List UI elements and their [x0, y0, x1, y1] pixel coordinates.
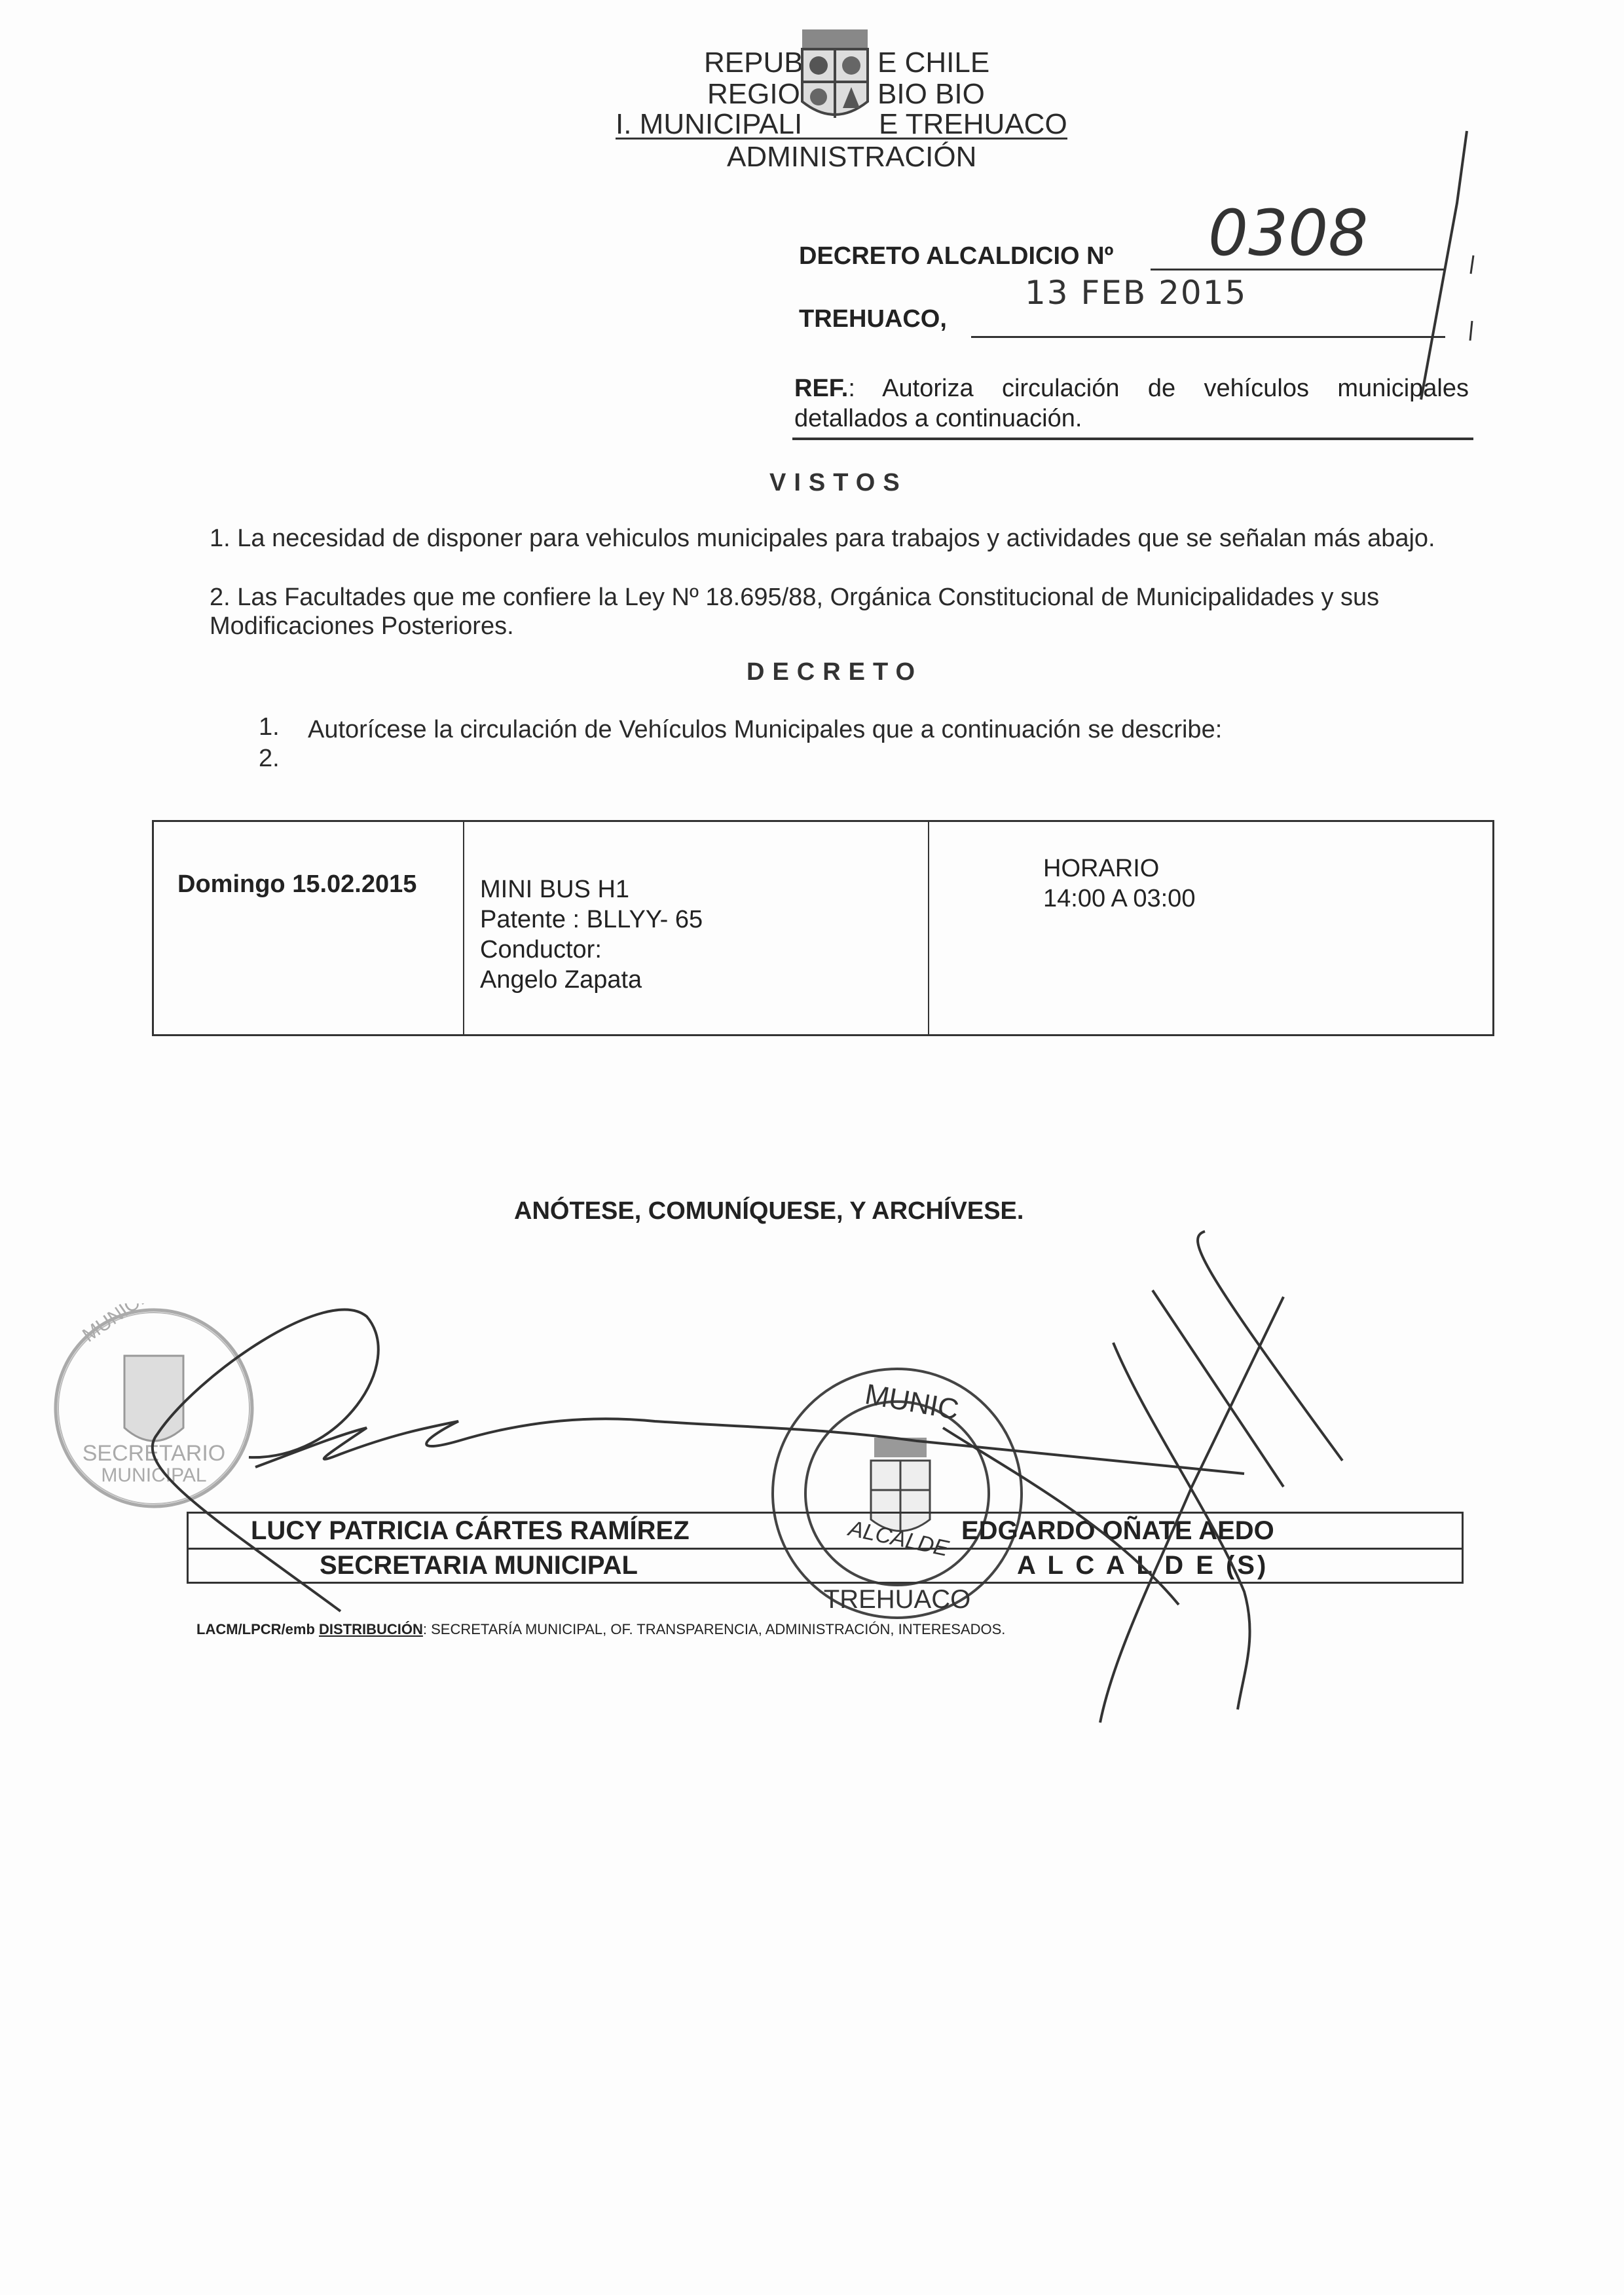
- vehicle-name: MINI BUS H1: [480, 874, 928, 905]
- table-cell-date: Domingo 15.02.2015: [154, 822, 464, 1034]
- coat-of-arms-icon: [796, 29, 874, 128]
- distribution-recipients: : SECRETARÍA MUNICIPAL, OF. TRANSPARENCI…: [423, 1621, 1006, 1637]
- table-cell-vehicle: MINI BUS H1 Patente : BLLYY- 65 Conducto…: [464, 822, 929, 1034]
- distribution-label: DISTRIBUCIÓN: [319, 1621, 423, 1637]
- handwritten-signatures: [0, 1212, 1624, 1736]
- schedule-value: 14:00 A 03:00: [1043, 884, 1492, 914]
- schedule-label: HORARIO: [1043, 853, 1492, 884]
- reference-label: REF.: [794, 375, 848, 402]
- driver-label: Conductor:: [480, 935, 928, 965]
- vehicle-table: Domingo 15.02.2015 MINI BUS H1 Patente :…: [152, 820, 1494, 1036]
- reference-underline: [792, 438, 1473, 440]
- header-line1-right: E CHILE: [877, 47, 989, 79]
- header-line3-left: I. MUNICIPALI: [616, 109, 802, 140]
- driver-name: Angelo Zapata: [480, 965, 928, 995]
- header-underline: [616, 138, 1067, 140]
- reference-text: REF.: Autoriza circulación de vehículos …: [794, 373, 1469, 434]
- header-line4: ADMINISTRACIÓN: [727, 141, 976, 173]
- decreto-item-1-number: 1.: [259, 713, 280, 741]
- decreto-item-2-number: 2.: [259, 744, 280, 773]
- place-label: TREHUACO,: [799, 305, 947, 333]
- vistos-item-2: 2. Las Facultades que me confiere la Ley…: [210, 583, 1473, 641]
- vistos-item-1: 1. La necesidad de disponer para vehicul…: [210, 524, 1473, 553]
- distribution-line: LACM/LPCR/emb DISTRIBUCIÓN: SECRETARÍA M…: [196, 1621, 1005, 1638]
- decreto-item-1-text: Autorícese la circulación de Vehículos M…: [308, 715, 1222, 744]
- reference-body: : Autoriza circulación de vehículos muni…: [794, 375, 1469, 432]
- decree-number-label: DECRETO ALCALDICIO Nº: [799, 242, 1113, 271]
- vistos-title: VISTOS: [769, 469, 908, 497]
- date-stamp: 13 FEB 2015: [1025, 274, 1247, 312]
- vehicle-plate: Patente : BLLYY- 65: [480, 905, 928, 935]
- header-line3-right: E TREHUACO: [879, 109, 1067, 140]
- distribution-initials: LACM/LPCR/emb: [196, 1621, 315, 1637]
- table-cell-schedule: HORARIO 14:00 A 03:00: [929, 822, 1492, 1034]
- header-line2-right: BIO BIO: [877, 79, 985, 110]
- decreto-title: DECRETO: [747, 658, 923, 686]
